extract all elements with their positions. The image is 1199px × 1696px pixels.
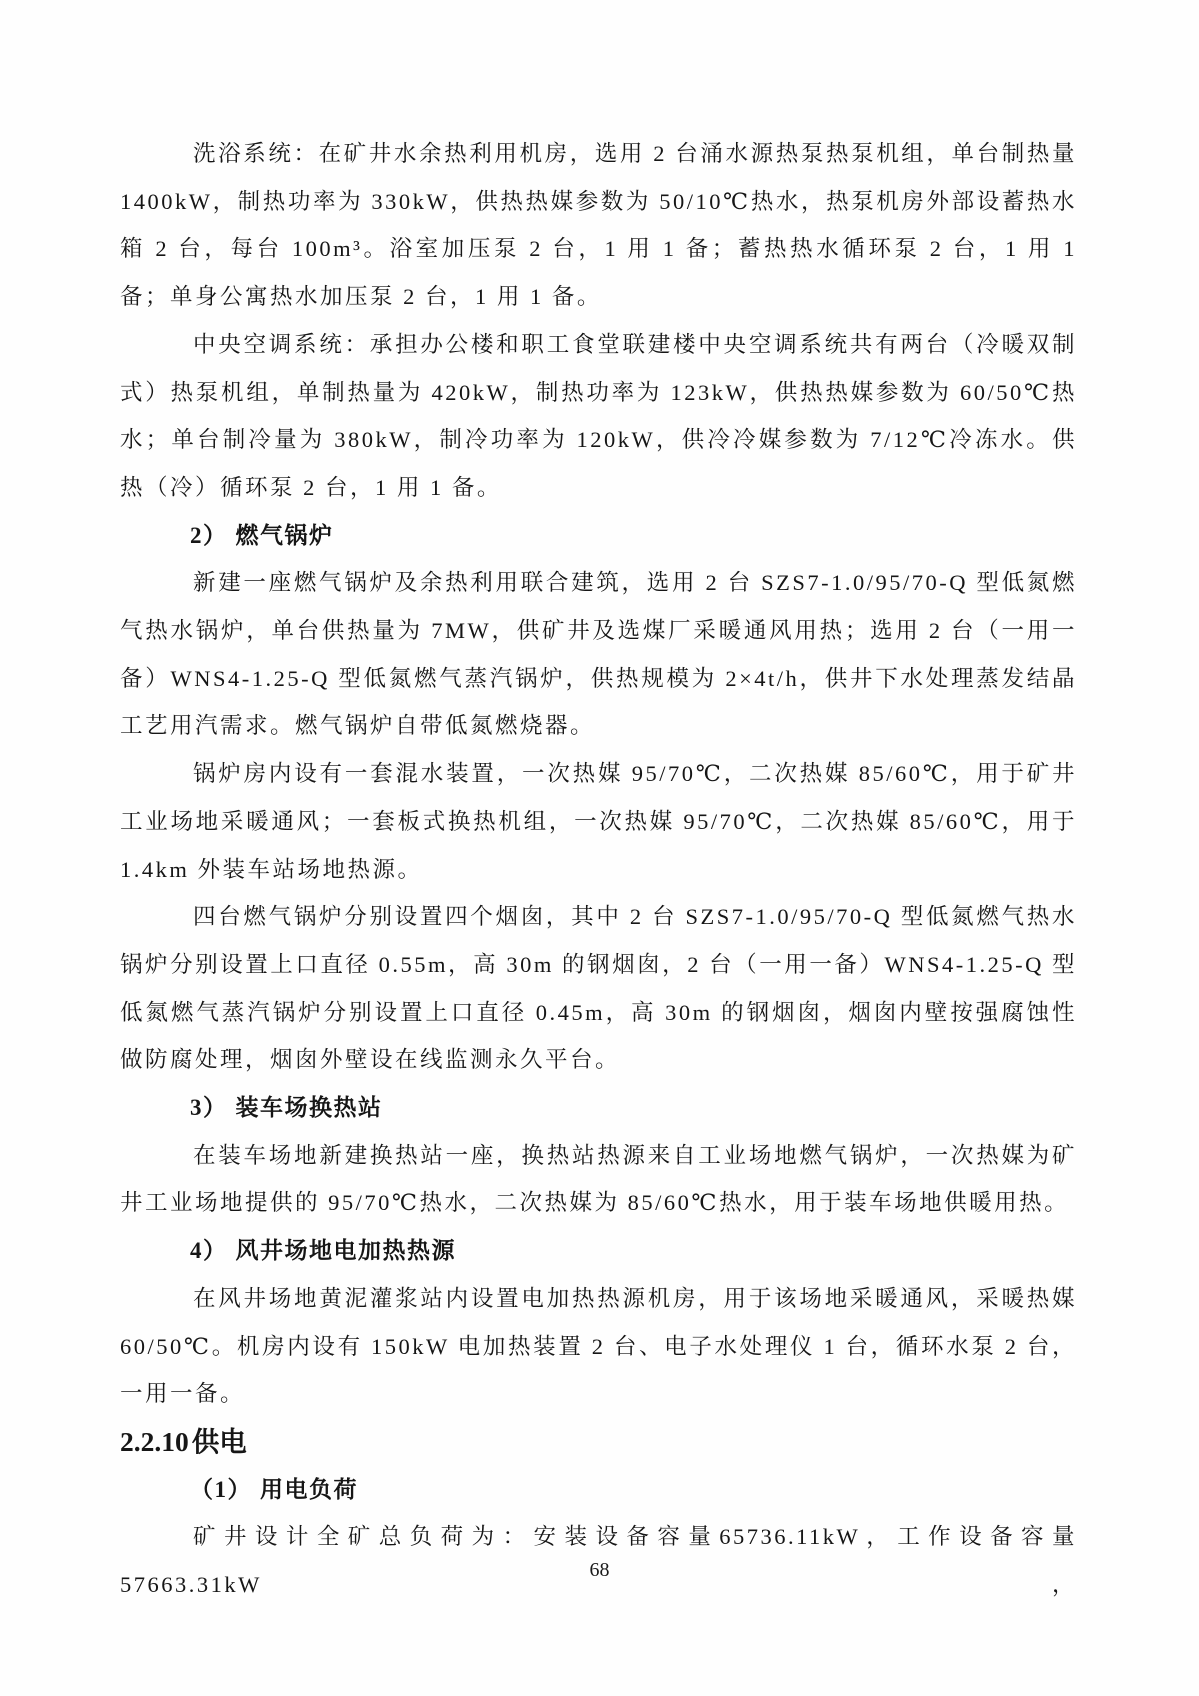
heading-loading-station-number: 3） xyxy=(190,1095,228,1120)
heading-air-shaft-title: 风井场地电加热热源 xyxy=(236,1237,457,1263)
heading-gas-boiler-title: 燃气锅炉 xyxy=(236,522,334,548)
heading-electric-load-number: （1） xyxy=(190,1477,252,1502)
paragraph-bath-system: 洗浴系统：在矿井水余热利用机房，选用 2 台涌水源热泵热泵机组，单台制热量 14… xyxy=(120,130,1077,321)
heading-gas-boiler-number: 2） xyxy=(190,523,228,548)
page-footer: 68 xyxy=(0,1550,1199,1590)
heading-gas-boiler: 2）燃气锅炉 xyxy=(120,512,1077,560)
document-page: 洗浴系统：在矿井水余热利用机房，选用 2 台涌水源热泵热泵机组，单台制热量 14… xyxy=(0,0,1199,1696)
heading-loading-station-title: 装车场换热站 xyxy=(236,1094,383,1120)
paragraph-chimneys: 四台燃气锅炉分别设置四个烟囱，其中 2 台 SZS7-1.0/95/70-Q 型… xyxy=(120,893,1077,1084)
paragraph-boiler-room-equipment: 锅炉房内设有一套混水装置，一次热媒 95/70℃，二次热媒 85/60℃，用于矿… xyxy=(120,750,1077,893)
heading-electric-load-title: 用电负荷 xyxy=(260,1476,358,1502)
page-number: 68 xyxy=(590,1559,610,1581)
heading-power-supply-section: 2.2.10供电 xyxy=(120,1418,1077,1466)
paragraph-loading-station-heat-exchange: 在装车场地新建换热站一座，换热站热源来自工业场地燃气锅炉，一次热媒为矿井工业场地… xyxy=(120,1132,1077,1227)
paragraph-gas-boiler-selection: 新建一座燃气锅炉及余热利用联合建筑，选用 2 台 SZS7-1.0/95/70-… xyxy=(120,559,1077,750)
heading-air-shaft-electric-heating: 4）风井场地电加热热源 xyxy=(120,1227,1077,1275)
paragraph-central-ac-system: 中央空调系统：承担办公楼和职工食堂联建楼中央空调系统共有两台（冷暖双制式）热泵机… xyxy=(120,321,1077,512)
heading-loading-station-heat-exchange: 3）装车场换热站 xyxy=(120,1084,1077,1132)
heading-power-supply-title: 供电 xyxy=(192,1426,247,1457)
paragraph-air-shaft-electric-heating: 在风井场地黄泥灌浆站内设置电加热热源机房，用于该场地采暖通风，采暖热媒 60/5… xyxy=(120,1275,1077,1418)
heading-electric-load: （1）用电负荷 xyxy=(120,1466,1077,1514)
heading-air-shaft-number: 4） xyxy=(190,1238,228,1263)
heading-power-supply-number: 2.2.10 xyxy=(120,1426,189,1457)
